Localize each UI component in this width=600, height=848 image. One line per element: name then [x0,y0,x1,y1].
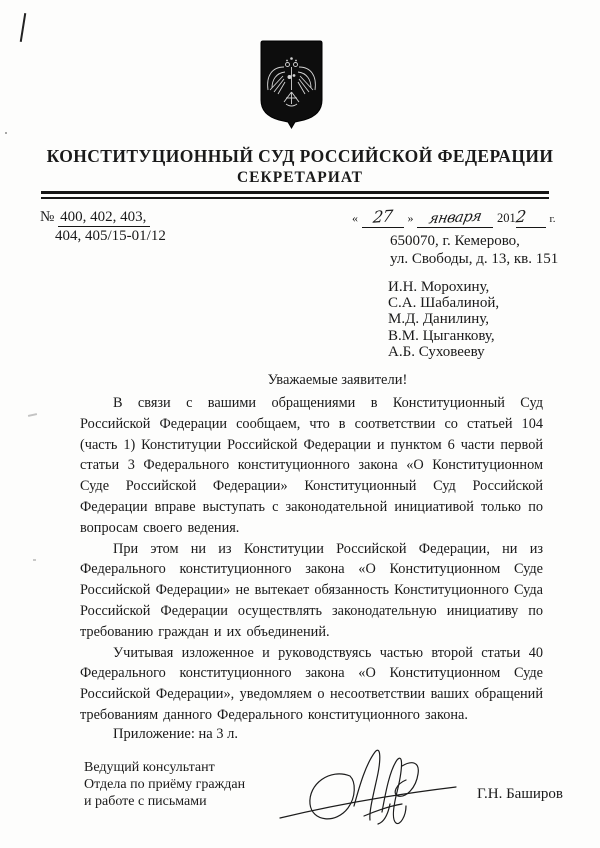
recipient-name: М.Д. Данилину, [388,311,499,327]
signature-icon [278,746,460,830]
recipient-name: В.М. Цыганкову, [388,328,499,344]
address-line: 650070, г. Кемерово, [390,233,558,251]
paragraph: В связи с вашими обращениями в Конституц… [80,393,543,539]
recipient-name: С.А. Шабалиной, [388,295,499,311]
postal-address: 650070, г. Кемерово, ул. Свободы, д. 13,… [390,233,558,268]
signer-name: Г.Н. Баширов [477,786,563,803]
ref-label: № [40,209,54,225]
signer-position-line: Ведущий консультант [84,760,245,777]
open-quote: « [352,211,358,225]
close-quote: » [408,211,414,225]
date-month-blank: января [417,210,493,228]
header-rule [41,191,549,199]
salutation: Уважаемые заявители! [80,372,543,389]
year-suffix: г. [550,213,556,225]
org-title: КОНСТИТУЦИОННЫЙ СУД РОССИЙСКОЙ ФЕДЕРАЦИИ [0,146,600,167]
reference-number-block: № 400, 402, 403, 404, 405/15-01/12 [40,208,166,245]
handwritten-day: 27 [372,206,393,227]
recipient-name: И.Н. Морохину, [388,279,499,295]
scanned-letter-page: КОНСТИТУЦИОННЫЙ СУД РОССИЙСКОЙ ФЕДЕРАЦИИ… [0,0,600,848]
recipient-names: И.Н. Морохину, С.А. Шабалиной, М.Д. Дани… [388,279,499,360]
handwritten-month: января [428,209,483,228]
signer-position-line: и работе с письмами [84,794,245,811]
paragraph: При этом ни из Конституции Российской Фе… [80,539,543,643]
paragraph: Учитывая изложенное и руководствуясь час… [80,643,543,726]
signer-position-line: Отдела по приёму граждан [84,777,245,794]
dept-title: СЕКРЕТАРИАТ [0,169,600,187]
letter-body: В связи с вашими обращениями в Конституц… [80,393,543,726]
recipient-name: А.Б. Суховееву [388,344,499,360]
ref-numbers-line1: 400, 402, 403, [58,209,150,227]
coat-of-arms-icon [258,40,325,130]
scan-speck [33,559,36,561]
scan-speck [28,413,37,417]
scan-speck [5,132,7,134]
date-year-blank: 2 [516,207,546,228]
pen-mark-icon [20,13,27,42]
ref-numbers-line2: 404, 405/15-01/12 [55,227,166,245]
date-line: « 27 » января 2012 г. [352,207,556,228]
date-day-blank: 27 [362,207,404,228]
handwritten-year-digit: 2 [515,207,527,227]
year-printed: 201 [497,211,516,225]
attachment-note: Приложение: на 3 л. [80,726,543,743]
address-line: ул. Свободы, д. 13, кв. 151 [390,251,558,269]
signer-position: Ведущий консультант Отдела по приёму гра… [84,760,245,810]
